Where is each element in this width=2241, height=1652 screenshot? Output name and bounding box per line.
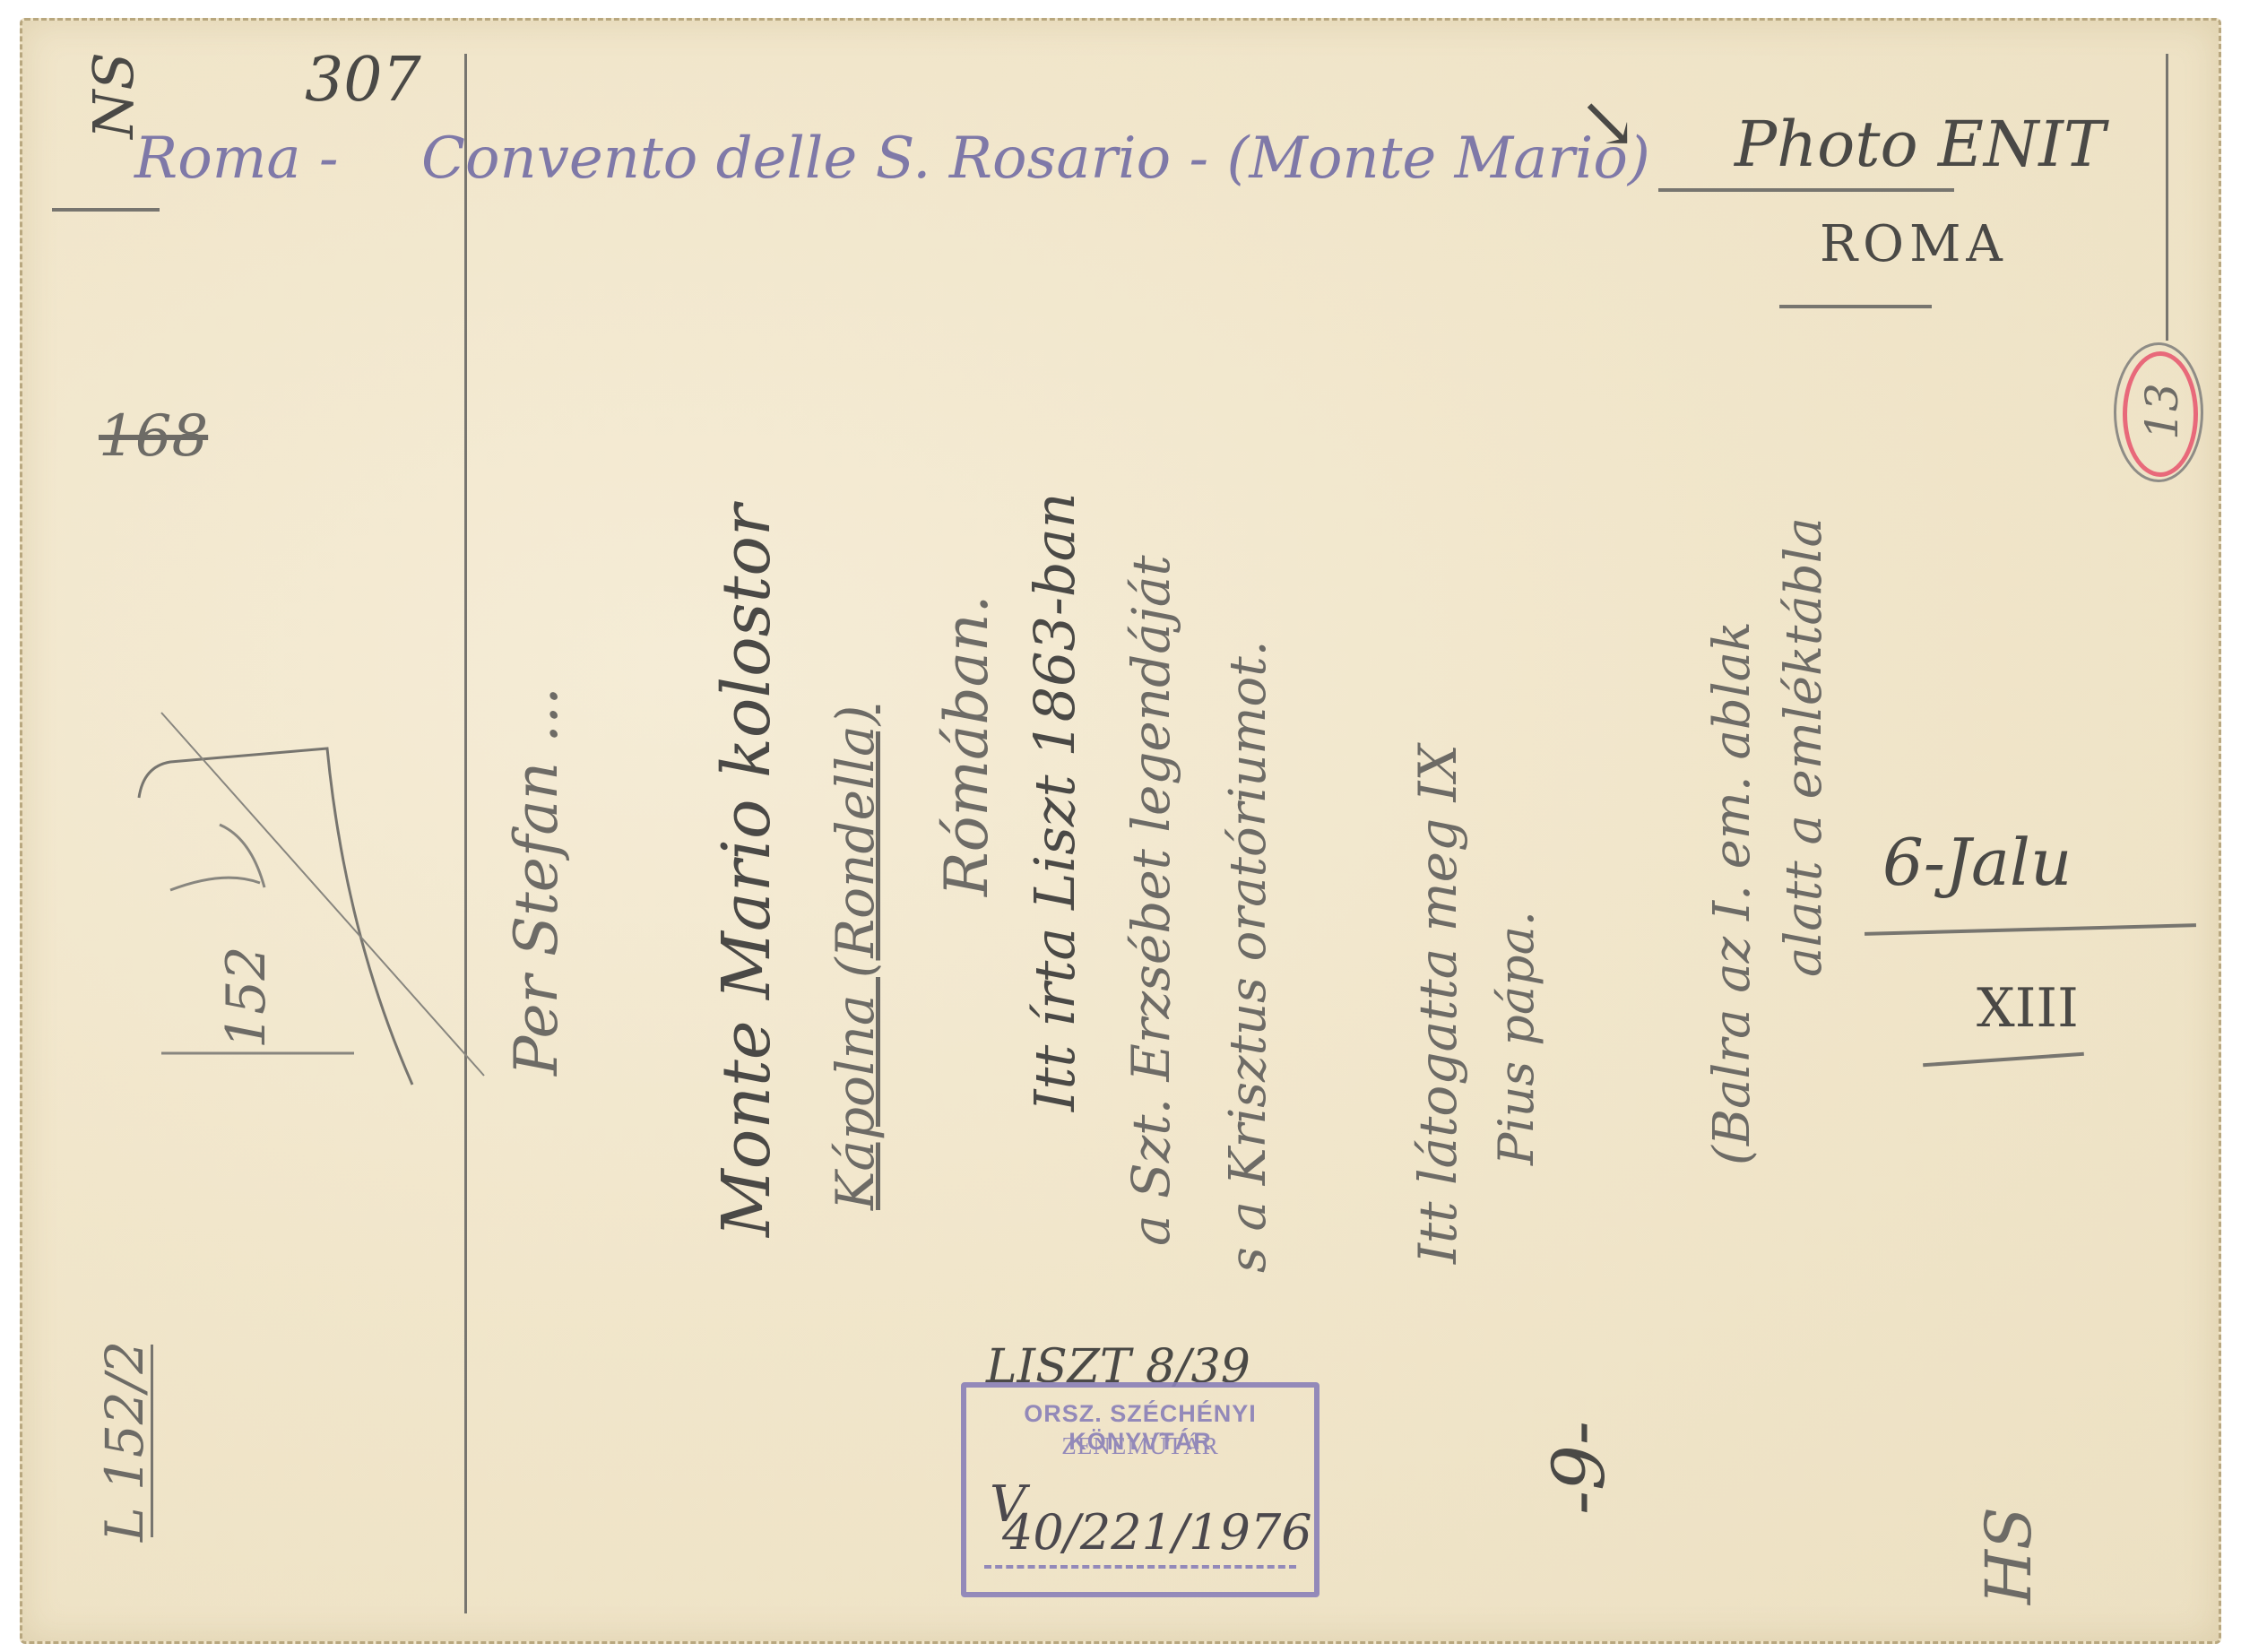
photo-credit: Photo ENIT bbox=[1735, 108, 2106, 181]
note-line-3: Kápolna (Rondella) bbox=[825, 705, 886, 1210]
roman-numeral: XIII bbox=[1977, 977, 2079, 1040]
shelfmark-line bbox=[151, 1345, 153, 1537]
initials: HS bbox=[1972, 1507, 2046, 1604]
photo-city: ROMA bbox=[1820, 215, 2008, 273]
circled-number: 13 bbox=[2136, 383, 2188, 440]
dash-number: -9- bbox=[1537, 1421, 1621, 1515]
format-label: 6-Jalu bbox=[1882, 825, 2072, 900]
crossed-mark: 168 bbox=[99, 403, 208, 470]
sketch-drawing bbox=[134, 681, 493, 1147]
note-line-11: alatt a emléktábla bbox=[1775, 517, 1833, 977]
arrow-icon: ↘ bbox=[1578, 81, 1638, 164]
note-line-7: s a Krisztus oratóriumot. bbox=[1219, 640, 1277, 1273]
note-line-8: Itt látogatta meg IX bbox=[1407, 744, 1468, 1264]
caption-text: Convento delle S. Rosario - (Monte Mario… bbox=[421, 125, 1650, 192]
shelfmark: L 152/2 bbox=[94, 1341, 155, 1542]
sketch-label: 152 bbox=[215, 946, 278, 1049]
right-vertical-line bbox=[2166, 54, 2168, 341]
city-underline bbox=[1779, 305, 1932, 308]
note-line-9: Pius pápa. bbox=[1488, 911, 1544, 1165]
stamp-line-2: ZENEMŰTÁR bbox=[966, 1432, 1314, 1460]
stamp-number: 40/221/1976 bbox=[1002, 1504, 1312, 1561]
credit-underline bbox=[1658, 188, 1954, 192]
library-stamp: ORSZ. SZÉCHÉNYI KÖNYVTÁR ZENEMŰTÁR V 40/… bbox=[961, 1382, 1320, 1597]
stamp-dashed-line bbox=[984, 1565, 1296, 1569]
item-number: 307 bbox=[305, 45, 421, 116]
note-line-4: Rómában. bbox=[932, 595, 1001, 896]
note-line-6: a Szt. Erzsébet legendáját bbox=[1120, 555, 1181, 1246]
note-line-10: (Balra az I. em. ablak bbox=[1703, 621, 1761, 1165]
corner-underline bbox=[52, 208, 160, 212]
note-line-1: Per Stefan ... bbox=[502, 687, 571, 1076]
caption-city: Roma - bbox=[134, 125, 339, 192]
note-line-5: Itt írta Liszt 1863-ban bbox=[1022, 492, 1087, 1111]
note-line-2: Monte Mario kolostor bbox=[708, 505, 785, 1237]
